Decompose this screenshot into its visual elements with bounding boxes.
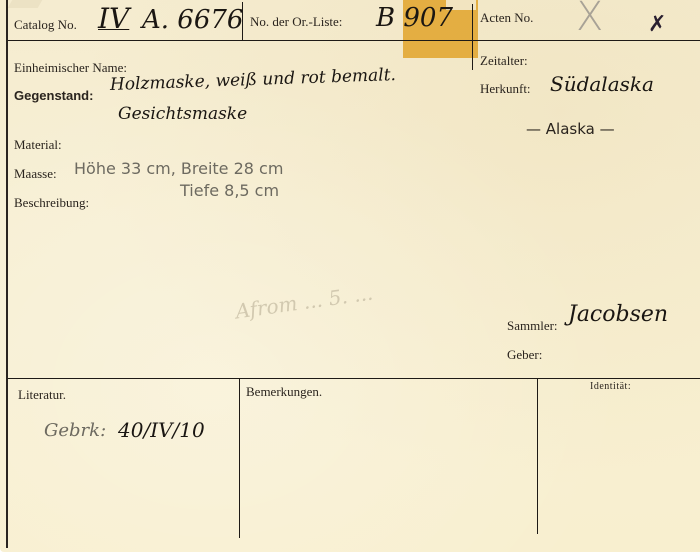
catalog-card: Catalog No. IV A. 6676 No. der Or.-Liste… — [0, 0, 700, 552]
material-label: Material: — [14, 137, 62, 153]
catalog-no-roman: IV — [98, 2, 129, 35]
maasse-value-line2: Tiefe 8,5 cm — [180, 181, 279, 200]
herkunft-region: — Alaska — — [526, 120, 615, 138]
bemerkungen-label: Bemerkungen. — [246, 384, 322, 400]
zeitalter-label: Zeitalter: — [480, 53, 528, 69]
literatur-label: Literatur. — [18, 387, 66, 403]
maasse-label: Maasse: — [14, 166, 57, 182]
catalog-no-value: A. 6676 — [142, 5, 243, 35]
gegenstand-value-line1: Holzmaske, weiß und rot bemalt. — [110, 65, 397, 95]
sammler-label: Sammler: — [507, 318, 558, 334]
beschreibung-label: Beschreibung: — [14, 195, 89, 211]
identitat-label: Identität: — [590, 381, 631, 392]
acten-no-label: Acten No. — [480, 10, 533, 26]
header-divider — [8, 40, 700, 41]
bottom-vdivider-1 — [239, 378, 240, 538]
gegenstand-value-line2: Gesichtsmaske — [118, 104, 247, 124]
literatur-pencil-note: Gebrk: — [44, 420, 106, 441]
bottom-vdivider-2 — [537, 378, 538, 534]
catalog-no-label: Catalog No. — [14, 17, 77, 33]
gegenstand-label: Gegenstand: — [14, 88, 93, 103]
sammler-value: Jacobsen — [568, 302, 668, 327]
herkunft-value: Südalaska — [550, 72, 654, 96]
herkunft-label: Herkunft: — [480, 81, 531, 97]
faint-pencil-note: Afrom ... 5. ... — [234, 280, 374, 323]
einheimischer-name-label: Einheimischer Name: — [14, 60, 127, 76]
geber-label: Geber: — [507, 347, 542, 363]
or-liste-value: B 907 — [376, 3, 453, 33]
bottom-section-divider — [8, 378, 700, 379]
maasse-value-line1: Höhe 33 cm, Breite 28 cm — [74, 159, 283, 178]
literatur-value: 40/IV/10 — [118, 418, 205, 442]
header-vdivider-2 — [472, 4, 473, 70]
acten-cross-mark: X — [576, 0, 603, 40]
card-left-edge — [6, 0, 8, 548]
acten-strike-mark: ✗ — [648, 12, 666, 37]
folded-corner — [8, 0, 43, 8]
or-liste-label: No. der Or.-Liste: — [250, 14, 342, 30]
